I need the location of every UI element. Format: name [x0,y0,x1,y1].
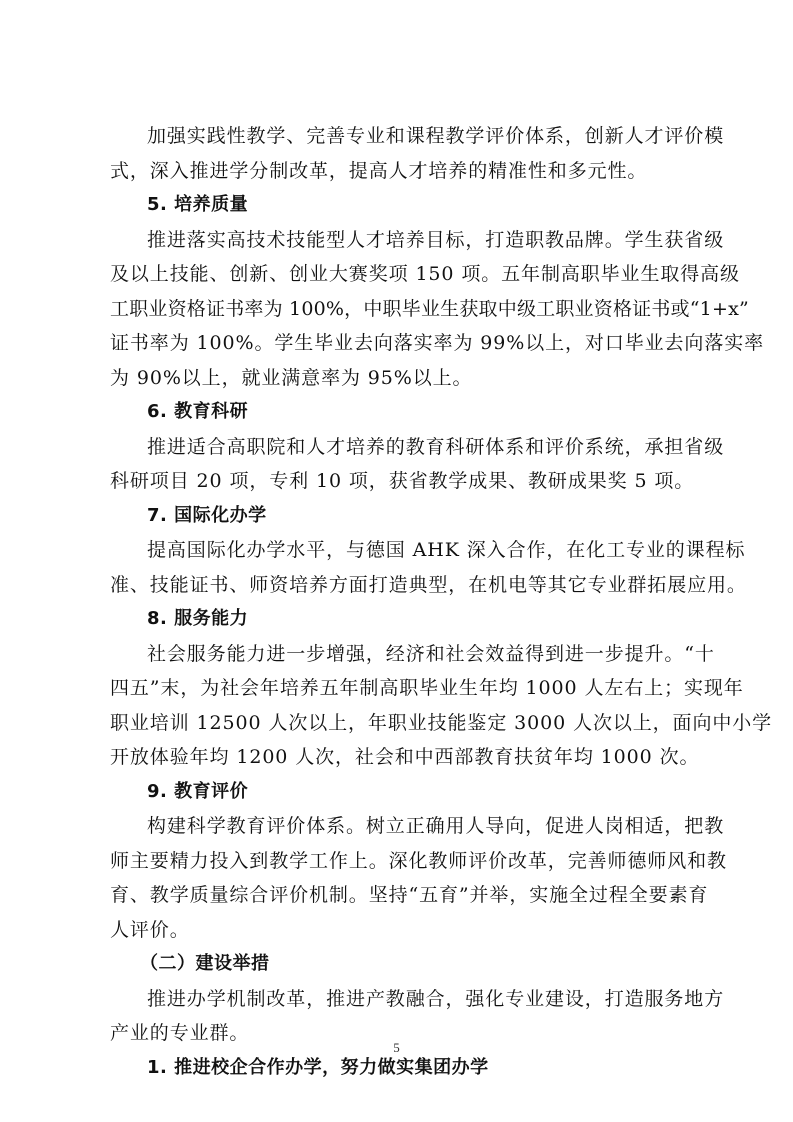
paragraph-line: 构建科学教育评价体系。树立正确用人导向，促进人岗相适，把教 [110,809,684,844]
paragraph-line: 证书率为 100%。学生毕业去向落实率为 99%以上，对口毕业去向落实率 [110,326,684,361]
paragraph-line: 推进办学机制改革，推进产教融合，强化专业建设，打造服务地方 [110,982,684,1017]
paragraph-line: 工职业资格证书率为 100%，中职毕业生获取中级工职业资格证书或“1+x” [110,292,684,327]
paragraph-line: 社会服务能力进一步增强，经济和社会效益得到进一步提升。“十 [110,637,684,672]
paragraph-line: 提高国际化办学水平，与德国 AHK 深入合作，在化工专业的课程标 [110,533,684,568]
section-heading-education-research: 6. 教育科研 [110,395,684,430]
paragraph-line: 育、教学质量综合评价机制。坚持“五育”并举，实施全过程全要素育 [110,878,684,913]
section-heading-construction-measures: （二）建设举措 [110,947,684,982]
page-number: 5 [0,1040,793,1056]
paragraph-line: 加强实践性教学、完善专业和课程教学评价体系，创新人才评价模 [110,119,684,154]
document-page: 加强实践性教学、完善专业和课程教学评价体系，创新人才评价模 式，深入推进学分制改… [0,0,793,1122]
paragraph-line: 四五”末，为社会年培养五年制高职毕业生年均 1000 人左右上；实现年 [110,671,684,706]
section-heading-education-evaluation: 9. 教育评价 [110,775,684,810]
paragraph-line: 职业培训 12500 人次以上，年职业技能鉴定 3000 人次以上，面向中小学 [110,706,684,741]
paragraph-line: 为 90%以上，就业满意率为 95%以上。 [110,361,684,396]
section-heading-internationalization: 7. 国际化办学 [110,499,684,534]
paragraph-line: 开放体验年均 1200 人次，社会和中西部教育扶贫年均 1000 次。 [110,740,684,775]
page-content: 加强实践性教学、完善专业和课程教学评价体系，创新人才评价模 式，深入推进学分制改… [110,119,684,1085]
paragraph-line: 科研项目 20 项，专利 10 项，获省教学成果、教研成果奖 5 项。 [110,464,684,499]
paragraph-line: 推进落实高技术技能型人才培养目标，打造职教品牌。学生获省级 [110,223,684,258]
paragraph-line: 人评价。 [110,913,684,948]
paragraph-line: 师主要精力投入到教学工作上。深化教师评价改革，完善师德师风和教 [110,844,684,879]
section-heading-service-capacity: 8. 服务能力 [110,602,684,637]
section-heading-training-quality: 5. 培养质量 [110,188,684,223]
paragraph-line: 式，深入推进学分制改革，提高人才培养的精准性和多元性。 [110,154,684,189]
paragraph-line: 准、技能证书、师资培养方面打造典型，在机电等其它专业群拓展应用。 [110,568,684,603]
paragraph-line: 及以上技能、创新、创业大赛奖项 150 项。五年制高职毕业生取得高级 [110,257,684,292]
paragraph-line: 推进适合高职院和人才培养的教育科研体系和评价系统，承担省级 [110,430,684,465]
